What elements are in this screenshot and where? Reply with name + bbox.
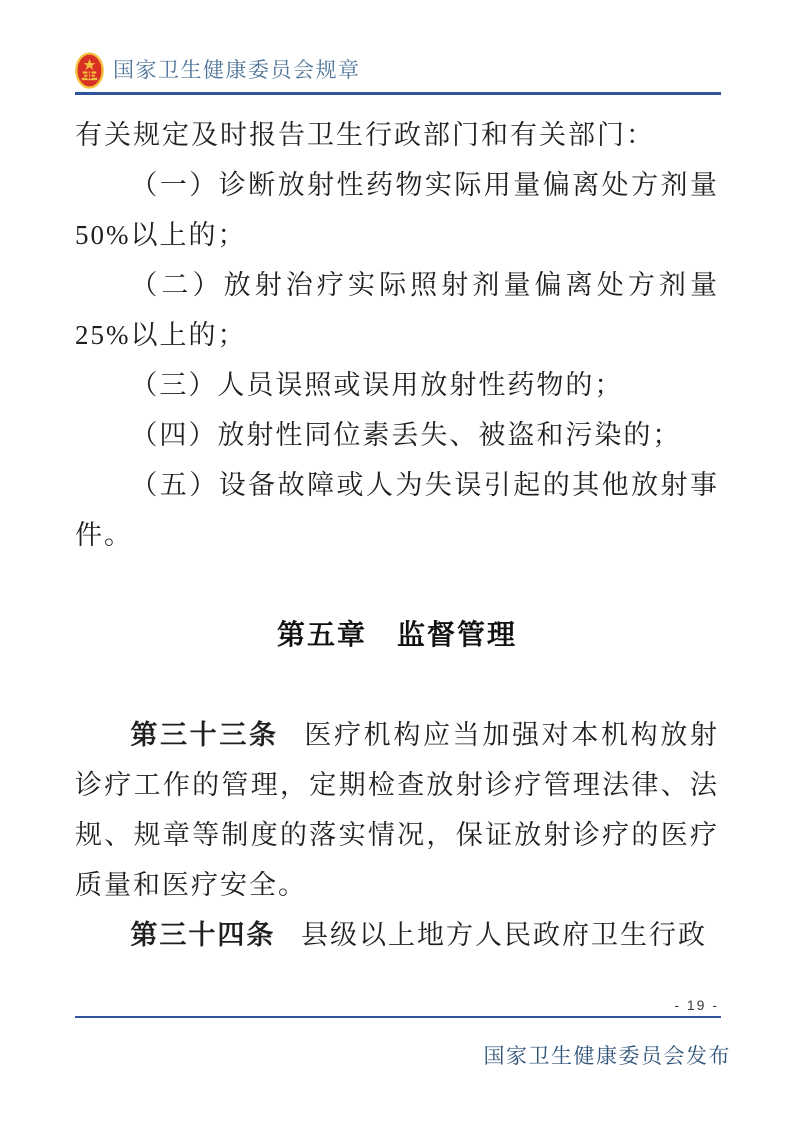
national-emblem-icon: [75, 52, 104, 89]
chapter-heading: 第五章 监督管理: [75, 610, 719, 660]
list-item-4: （四）放射性同位素丢失、被盗和污染的；: [75, 410, 719, 460]
article-33-term: 第三十三条: [130, 720, 278, 750]
page-footer: - 19 - 国家卫生健康委员会发布: [75, 996, 721, 1070]
list-item-1: （一）诊断放射性药物实际用量偏离处方剂量50%以上的；: [75, 160, 719, 260]
document-body: 有关规定及时报告卫生行政部门和有关部门： （一）诊断放射性药物实际用量偏离处方剂…: [75, 110, 719, 960]
document-page: 国家卫生健康委员会规章 有关规定及时报告卫生行政部门和有关部门： （一）诊断放射…: [0, 0, 793, 1122]
list-item-5: （五）设备故障或人为失误引起的其他放射事件。: [75, 460, 719, 560]
paragraph-continuation: 有关规定及时报告卫生行政部门和有关部门：: [75, 110, 719, 160]
publisher-label: 国家卫生健康委员会发布: [75, 1040, 731, 1070]
footer-divider: [75, 1016, 721, 1018]
list-item-3: （三）人员误照或误用放射性药物的；: [75, 360, 719, 410]
header-divider: [75, 92, 721, 95]
article-34: 第三十四条县级以上地方人民政府卫生行政: [75, 910, 719, 960]
article-34-term: 第三十四条: [130, 920, 275, 950]
article-34-text: 县级以上地方人民政府卫生行政: [301, 920, 707, 950]
article-33: 第三十三条医疗机构应当加强对本机构放射诊疗工作的管理，定期检查放射诊疗管理法律、…: [75, 710, 719, 910]
list-item-2: （二）放射治疗实际照射剂量偏离处方剂量 25%以上的；: [75, 260, 719, 360]
page-number: - 19 -: [75, 996, 721, 1014]
page-header: 国家卫生健康委员会规章: [75, 52, 721, 89]
header-title: 国家卫生健康委员会规章: [113, 52, 361, 89]
